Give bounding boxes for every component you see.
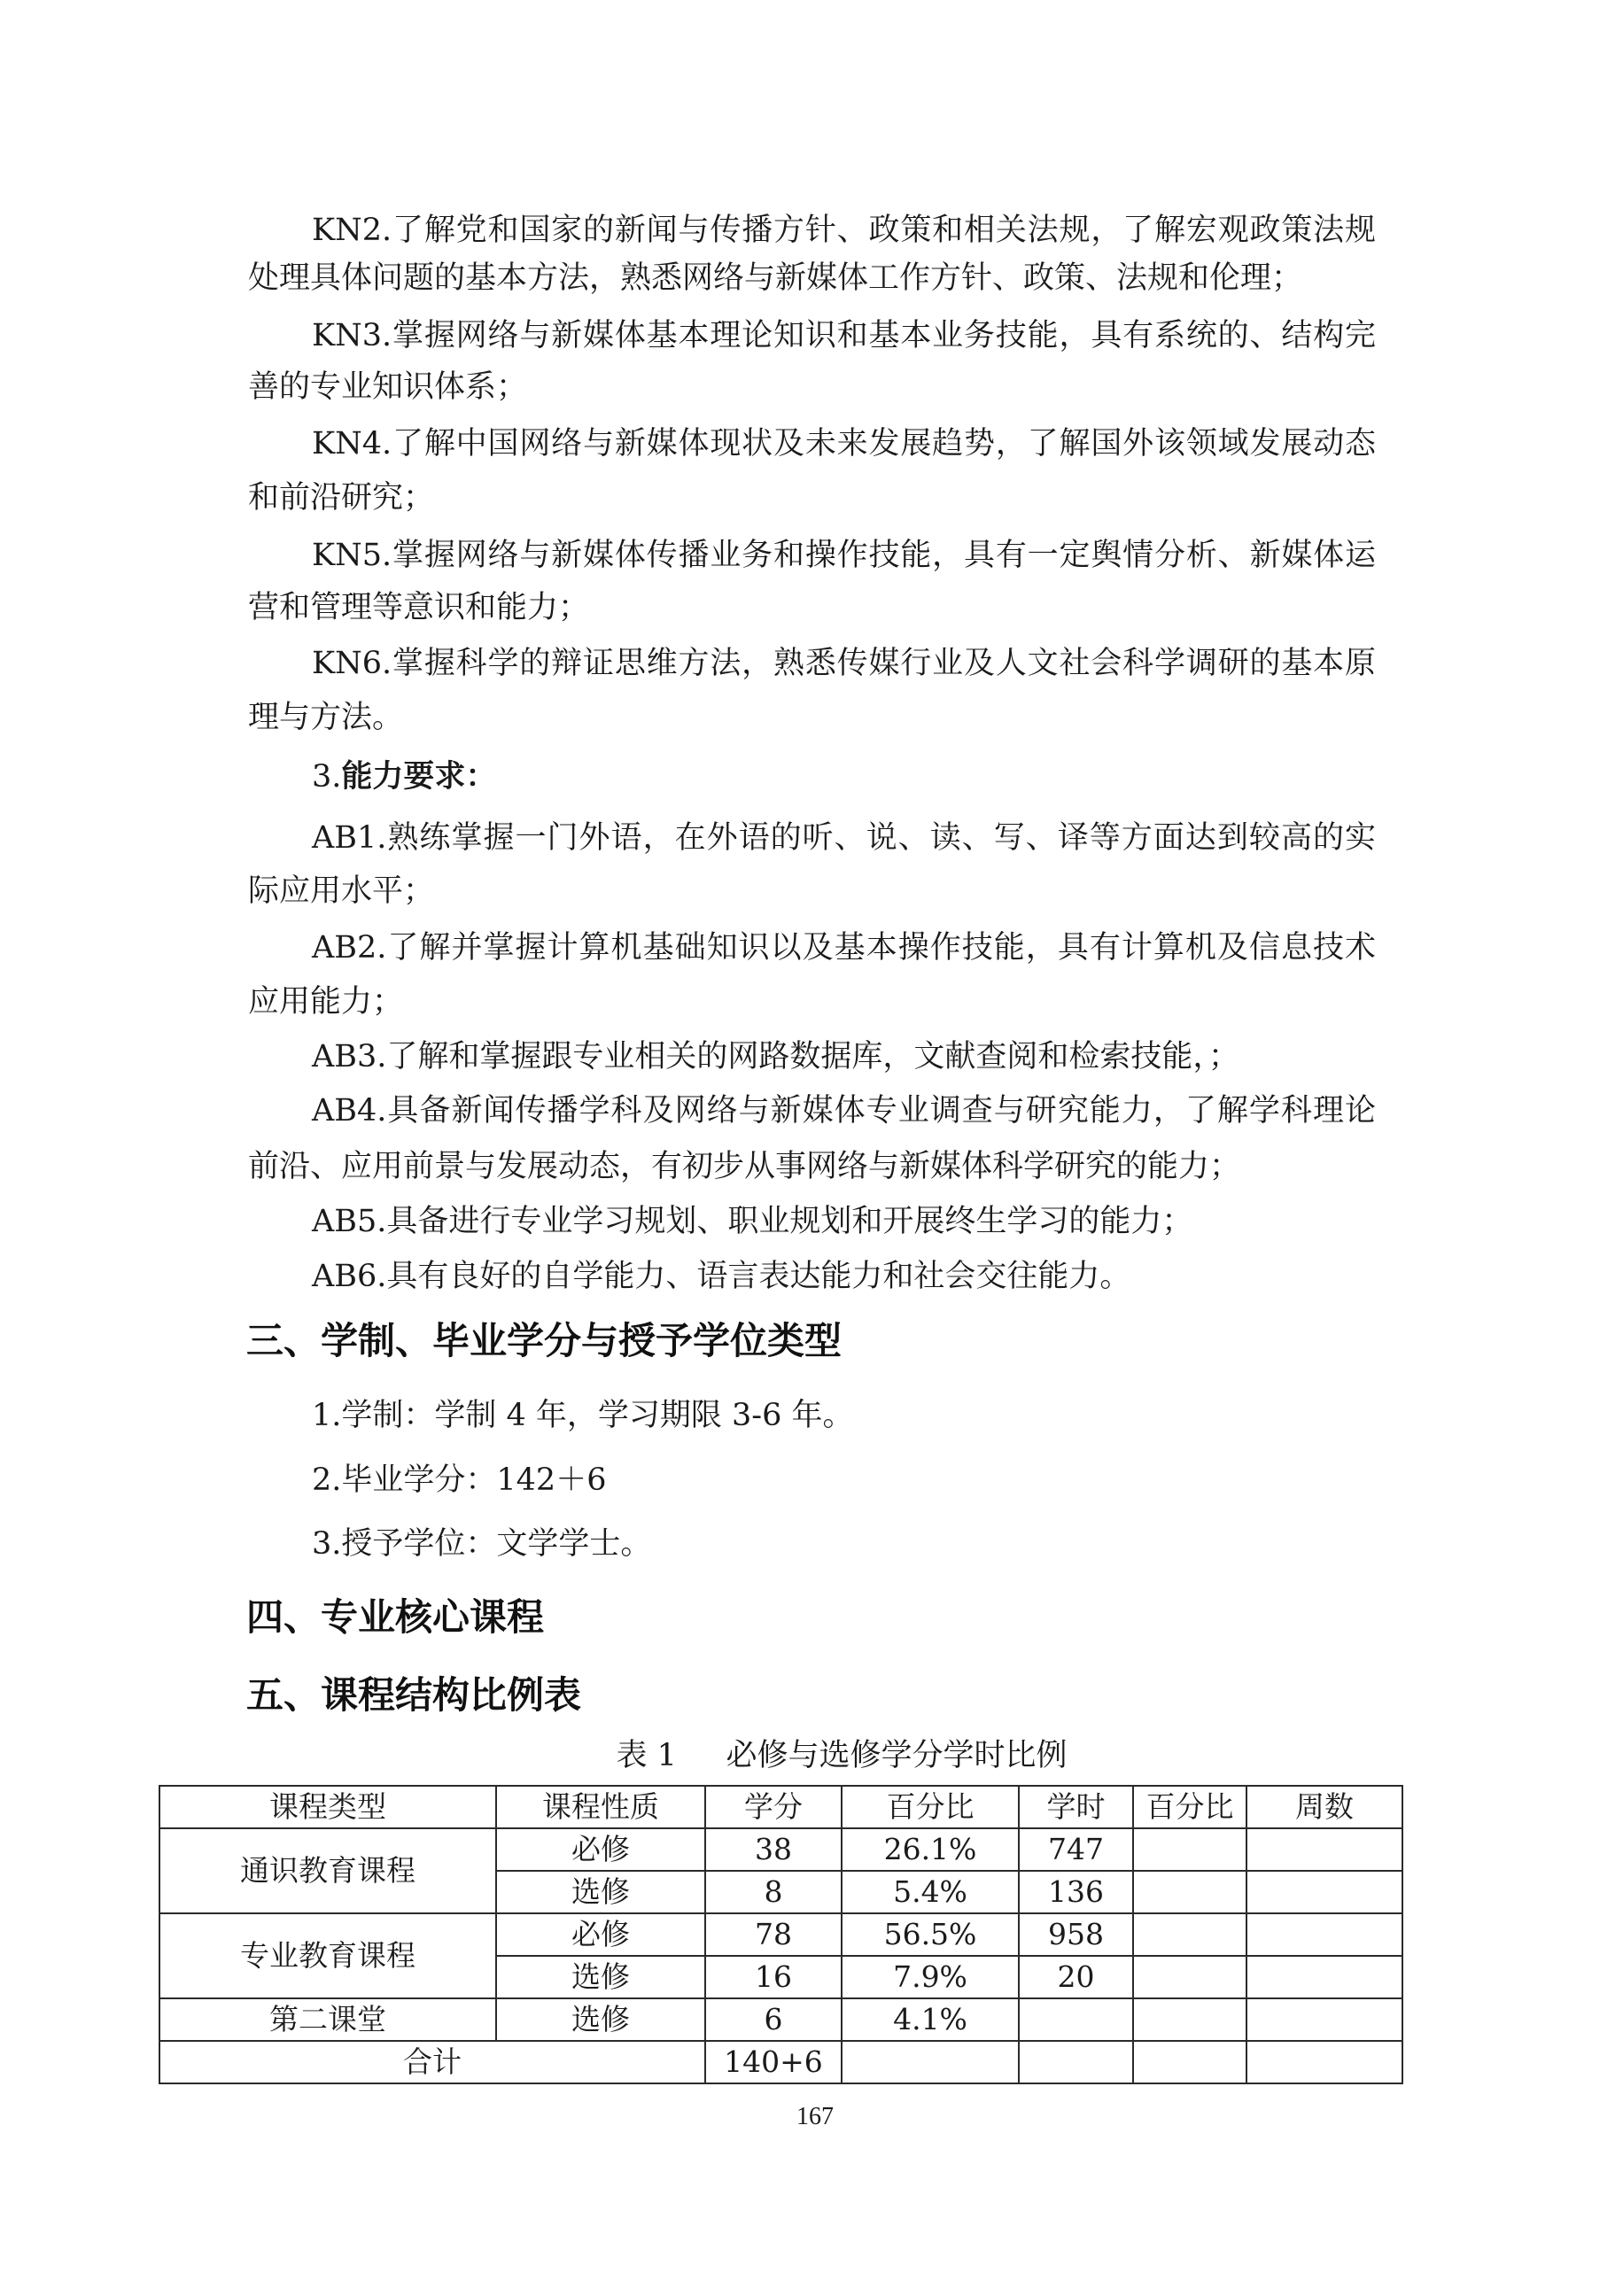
credit-percent-cell: 4.1% (842, 1998, 1019, 2041)
table-caption: 表 1 必修与选修学分学时比例 (532, 1734, 1152, 1778)
section-4-heading: 四、专业核心课程 (246, 1591, 544, 1644)
hours-cell (1019, 1998, 1133, 2041)
table-row: 专业教育课程 必修 78 56.5% 958 (159, 1913, 1402, 1956)
kn3-line-2: 善的专业知识体系； (248, 360, 1376, 415)
course-type-cell: 第二课堂 (159, 1998, 496, 2041)
kn4-line-2: 和前沿研究； (248, 470, 1376, 525)
hours-percent-cell (1133, 1956, 1246, 1998)
course-type-cell: 专业教育课程 (159, 1913, 496, 1998)
header-course-nature: 课程性质 (496, 1786, 705, 1828)
total-weeks-cell (1246, 2041, 1402, 2083)
kn5-line-1: KN5.掌握网络与新媒体传播业务和操作技能，具有一定舆情分析、新媒体运 (312, 528, 1376, 583)
course-type-cell: 通识教育课程 (159, 1828, 496, 1913)
hours-percent-cell (1133, 1828, 1246, 1871)
hours-percent-cell (1133, 1998, 1246, 2041)
hours-cell: 136 (1019, 1871, 1133, 1913)
total-hours-cell (1019, 2041, 1133, 2083)
table-row: 通识教育课程 必修 38 26.1% 747 (159, 1828, 1402, 1871)
ability-label-text: 能力要求： (341, 759, 496, 795)
credits-cell: 78 (705, 1913, 842, 1956)
page-number: 167 (780, 2103, 850, 2131)
table-row: 第二课堂 选修 6 4.1% (159, 1998, 1402, 2041)
header-hours: 学时 (1019, 1786, 1133, 1828)
nature-cell: 必修 (496, 1828, 705, 1871)
section-5-heading: 五、课程结构比例表 (246, 1669, 581, 1722)
table-total-row: 合计 140+6 (159, 2041, 1402, 2083)
nature-cell: 选修 (496, 1956, 705, 1998)
ab5-line-1: AB5.具备进行专业学习规划、职业规划和开展终生学习的能力； (312, 1194, 1376, 1249)
credit-percent-cell: 56.5% (842, 1913, 1019, 1956)
ab1-line-1: AB1.熟练掌握一门外语，在外语的听、说、读、写、译等方面达到较高的实 (312, 811, 1376, 865)
kn2-line-2: 处理具体问题的基本方法，熟悉网络与新媒体工作方针、政策、法规和伦理； (248, 251, 1376, 306)
total-credit-percent-cell (842, 2041, 1019, 2083)
kn5-line-2: 营和管理等意识和能力； (248, 580, 1376, 635)
hours-cell: 747 (1019, 1828, 1133, 1871)
table-header-row: 课程类型 课程性质 学分 百分比 学时 百分比 周数 (159, 1786, 1402, 1828)
nature-cell: 选修 (496, 1871, 705, 1913)
ab2-line-1: AB2.了解并掌握计算机基础知识以及基本操作技能，具有计算机及信息技术 (312, 920, 1376, 975)
nature-cell: 选修 (496, 1998, 705, 2041)
credits-cell: 38 (705, 1828, 842, 1871)
kn2-line-1: KN2.了解党和国家的新闻与传播方针、政策和相关法规，了解宏观政策法规 (312, 203, 1376, 258)
ab3-line-1: AB3.了解和掌握跟专业相关的网路数据库，文献查阅和检索技能，； (312, 1029, 1376, 1084)
credits-cell: 6 (705, 1998, 842, 2041)
total-label-cell: 合计 (159, 2041, 705, 2083)
course-structure-table: 课程类型 课程性质 学分 百分比 学时 百分比 周数 通识教育课程 必修 38 … (159, 1785, 1403, 2084)
credit-percent-cell: 7.9% (842, 1956, 1019, 1998)
ability-label-number: 3. (312, 759, 341, 795)
weeks-cell (1246, 1871, 1402, 1913)
kn4-line-1: KN4.了解中国网络与新媒体现状及未来发展趋势，了解国外该领域发展动态 (312, 416, 1376, 471)
header-course-type: 课程类型 (159, 1786, 496, 1828)
header-hours-percent: 百分比 (1133, 1786, 1246, 1828)
total-hours-percent-cell (1133, 2041, 1246, 2083)
credits-cell: 8 (705, 1871, 842, 1913)
ab6-line-1: AB6.具有良好的自学能力、语言表达能力和社会交往能力。 (312, 1249, 1376, 1304)
total-credits-cell: 140+6 (705, 2041, 842, 2083)
kn6-line-1: KN6.掌握科学的辩证思维方法，熟悉传媒行业及人文社会科学调研的基本原 (312, 636, 1376, 691)
hours-percent-cell (1133, 1913, 1246, 1956)
section-3-heading: 三、学制、毕业学分与授予学位类型 (246, 1315, 842, 1368)
ab2-line-2: 应用能力； (248, 974, 1376, 1029)
credit-percent-cell: 26.1% (842, 1828, 1019, 1871)
weeks-cell (1246, 1828, 1402, 1871)
kn3-line-1: KN3.掌握网络与新媒体基本理论知识和基本业务技能，具有系统的、结构完 (312, 308, 1376, 363)
hours-cell: 20 (1019, 1956, 1133, 1998)
hours-percent-cell (1133, 1871, 1246, 1913)
credit-percent-cell: 5.4% (842, 1871, 1019, 1913)
ab4-line-1: AB4.具备新闻传播学科及网络与新媒体专业调查与研究能力，了解学科理论 (312, 1083, 1376, 1138)
header-credits: 学分 (705, 1786, 842, 1828)
weeks-cell (1246, 1913, 1402, 1956)
section-3-item-1: 1.学制：学制 4 年，学习期限 3-6 年。 (312, 1388, 1376, 1443)
ab4-line-2: 前沿、应用前景与发展动态，有初步从事网络与新媒体科学研究的能力； (248, 1139, 1376, 1194)
header-weeks: 周数 (1246, 1786, 1402, 1828)
kn6-line-2: 理与方法。 (248, 690, 1376, 745)
section-3-item-3: 3.授予学位：文学学士。 (312, 1516, 1376, 1571)
header-credit-percent: 百分比 (842, 1786, 1019, 1828)
section-3-item-2: 2.毕业学分：142＋6 (312, 1453, 1376, 1508)
weeks-cell (1246, 1998, 1402, 2041)
ab1-line-2: 际应用水平； (248, 864, 1376, 919)
hours-cell: 958 (1019, 1913, 1133, 1956)
nature-cell: 必修 (496, 1913, 705, 1956)
credits-cell: 16 (705, 1956, 842, 1998)
weeks-cell (1246, 1956, 1402, 1998)
ability-label: 3.能力要求： (312, 749, 1376, 804)
